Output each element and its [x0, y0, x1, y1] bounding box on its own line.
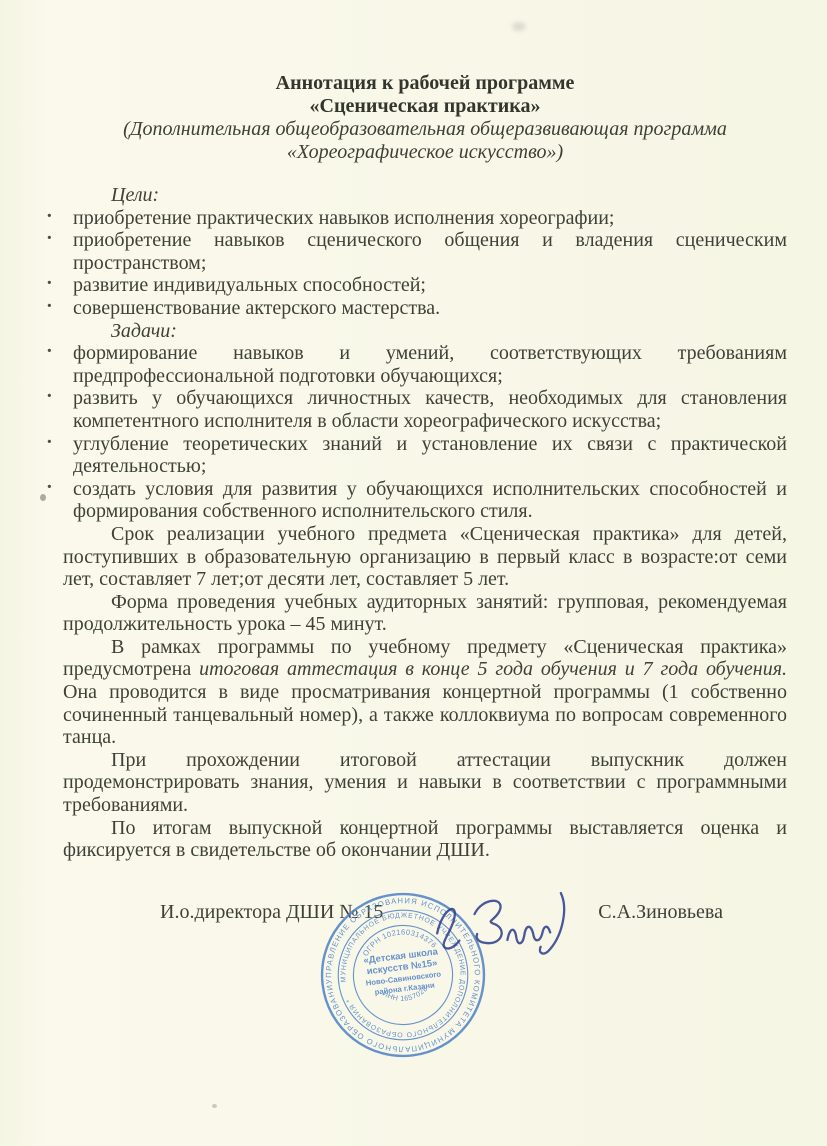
- scan-smudge: [512, 22, 526, 31]
- paragraph-term: Срок реализации учебного предмета «Сцени…: [63, 523, 787, 591]
- document-subtitle-line1: (Дополнительная общеобразовательная обще…: [63, 118, 787, 141]
- goals-heading: Цели:: [63, 184, 787, 207]
- scanned-document-page: Аннотация к рабочей программе «Сценическ…: [0, 0, 827, 1146]
- document-body: Аннотация к рабочей программе «Сценическ…: [63, 72, 787, 923]
- scan-speck: [40, 494, 46, 501]
- tasks-list-item: создать условия для развития у обучающих…: [63, 478, 787, 523]
- paragraph-attestation: В рамках программы по учебному предмету …: [63, 636, 787, 749]
- goals-list-item: развитие индивидуальных способностей;: [63, 274, 787, 297]
- document-header: Аннотация к рабочей программе «Сценическ…: [63, 72, 787, 164]
- paragraph-attestation-italic: итоговая аттестация в конце 5 года обуче…: [199, 658, 787, 680]
- paragraph-attestation-part2: Она проводится в виде просматривания кон…: [63, 681, 787, 748]
- document-subtitle-line2: «Хореографическое искусство»): [63, 141, 787, 164]
- document-title-line1: Аннотация к рабочей программе: [63, 72, 787, 95]
- handwritten-signature: [422, 886, 590, 970]
- scan-speck: [212, 1104, 217, 1108]
- tasks-heading: Задачи:: [63, 320, 787, 343]
- signature-ink-graphic: [422, 886, 590, 970]
- tasks-list: формирование навыков и умений, соответст…: [63, 342, 787, 523]
- paragraph-graduate: При прохождении итоговой аттестации выпу…: [63, 749, 787, 817]
- goals-list-item: приобретение навыков сценического общени…: [63, 229, 787, 274]
- document-title-line2: «Сценическая практика»: [63, 95, 787, 118]
- goals-list: приобретение практических навыков исполн…: [63, 207, 787, 320]
- tasks-list-item: формирование навыков и умений, соответст…: [63, 342, 787, 387]
- tasks-list-item: развить у обучающихся личностных качеств…: [63, 387, 787, 432]
- signature-name: С.А.Зиновьева: [598, 901, 723, 924]
- goals-list-item: совершенствование актерского мастерства.: [63, 297, 787, 320]
- paragraph-form: Форма проведения учебных аудиторных заня…: [63, 591, 787, 636]
- goals-list-item: приобретение практических навыков исполн…: [63, 207, 787, 230]
- tasks-list-item: углубление теоретических знаний и устано…: [63, 433, 787, 478]
- paragraph-result: По итогам выпускной концертной программы…: [63, 817, 787, 862]
